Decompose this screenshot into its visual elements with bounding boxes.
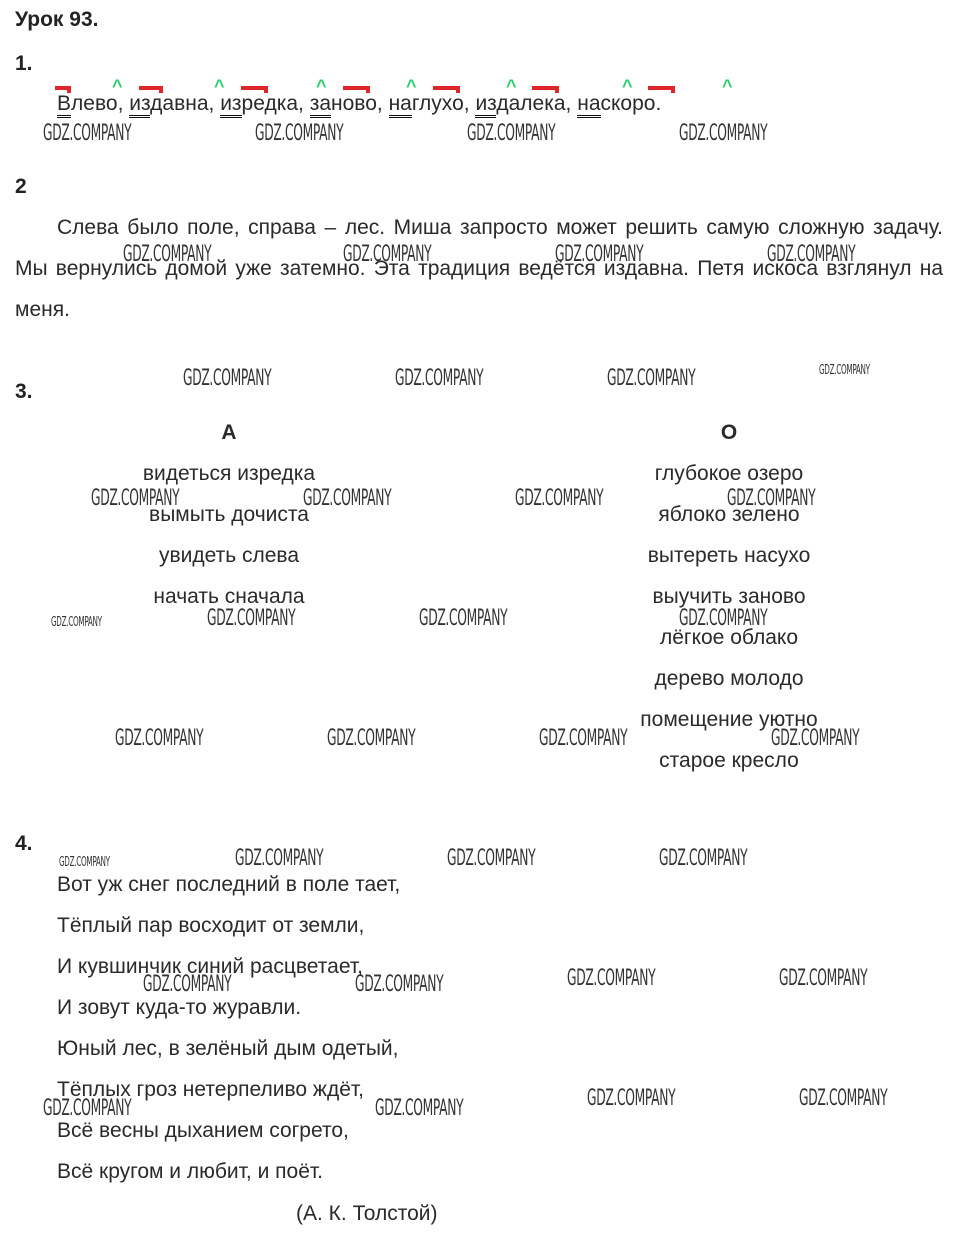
task-4-number: 4. [15, 832, 33, 856]
watermark: GDZ.COMPANY [567, 966, 655, 991]
task-2-number: 2 [15, 175, 27, 199]
watermark: GDZ.COMPANY [375, 1096, 463, 1121]
list-item: дерево молодо [599, 658, 859, 699]
word: заново, [310, 92, 389, 118]
watermark: GDZ.COMPANY [395, 366, 483, 391]
word: издалека, [475, 92, 577, 118]
task-2-paragraph: Слева было поле, справа – лес. Миша запр… [15, 207, 943, 330]
watermark: GDZ.COMPANY [587, 1086, 675, 1111]
lesson-title: Урок 93. [15, 8, 98, 32]
poem-author: (А. К. Толстой) [296, 1202, 438, 1226]
watermark: GDZ.COMPANY [539, 726, 627, 751]
watermark: GDZ.COMPANY [515, 486, 603, 511]
watermark: GDZ.COMPANY [467, 121, 555, 146]
watermark: GDZ.COMPANY [419, 606, 507, 631]
watermark: GDZ.COMPANY [327, 726, 415, 751]
word: изредка, [220, 92, 310, 118]
poem: Вот уж снег последний в поле тает, Тёплы… [57, 864, 400, 1192]
watermark: GDZ.COMPANY [43, 1096, 131, 1121]
watermark: GDZ.COMPANY [819, 363, 870, 378]
word: наскоро. [577, 92, 661, 118]
watermark: GDZ.COMPANY [659, 846, 747, 871]
watermark: GDZ.COMPANY [183, 366, 271, 391]
watermark: GDZ.COMPANY [799, 1086, 887, 1111]
task-3-number: 3. [15, 380, 33, 404]
watermark: GDZ.COMPANY [51, 615, 102, 630]
watermark: GDZ.COMPANY [143, 972, 231, 997]
watermark: GDZ.COMPANY [235, 846, 323, 871]
watermark: GDZ.COMPANY [255, 121, 343, 146]
watermark: GDZ.COMPANY [343, 242, 431, 267]
watermark: GDZ.COMPANY [555, 242, 643, 267]
word: Влево, [57, 92, 129, 118]
column-a: А видеться изредка вымыть дочиста увидет… [99, 412, 359, 617]
watermark: GDZ.COMPANY [679, 121, 767, 146]
poem-line: Юный лес, в зелёный дым одетый, [57, 1028, 400, 1069]
watermark: GDZ.COMPANY [59, 855, 110, 870]
watermark: GDZ.COMPANY [355, 972, 443, 997]
watermark: GDZ.COMPANY [447, 846, 535, 871]
column-o-header: О [599, 412, 859, 453]
task-1-number: 1. [15, 52, 33, 76]
poem-line: Тёплый пар восходит от земли, [57, 905, 400, 946]
watermark: GDZ.COMPANY [771, 726, 859, 751]
watermark: GDZ.COMPANY [115, 726, 203, 751]
watermark: GDZ.COMPANY [767, 242, 855, 267]
watermark: GDZ.COMPANY [91, 486, 179, 511]
watermark: GDZ.COMPANY [727, 486, 815, 511]
watermark: GDZ.COMPANY [779, 966, 867, 991]
task-1-words: Влево, издавна, изредка, заново, наглухо… [57, 92, 661, 116]
column-a-header: А [99, 412, 359, 453]
list-item: вытереть насухо [599, 535, 859, 576]
watermark: GDZ.COMPANY [607, 366, 695, 391]
watermark: GDZ.COMPANY [679, 606, 767, 631]
suffix-mark: ^ [722, 76, 733, 97]
watermark: GDZ.COMPANY [43, 121, 131, 146]
watermark: GDZ.COMPANY [207, 606, 295, 631]
watermark: GDZ.COMPANY [303, 486, 391, 511]
poem-line: Вот уж снег последний в поле тает, [57, 864, 400, 905]
poem-line: Всё кругом и любит, и поёт. [57, 1151, 400, 1192]
word: издавна, [129, 92, 220, 118]
list-item: увидеть слева [99, 535, 359, 576]
word: наглухо, [389, 92, 476, 118]
watermark: GDZ.COMPANY [123, 242, 211, 267]
